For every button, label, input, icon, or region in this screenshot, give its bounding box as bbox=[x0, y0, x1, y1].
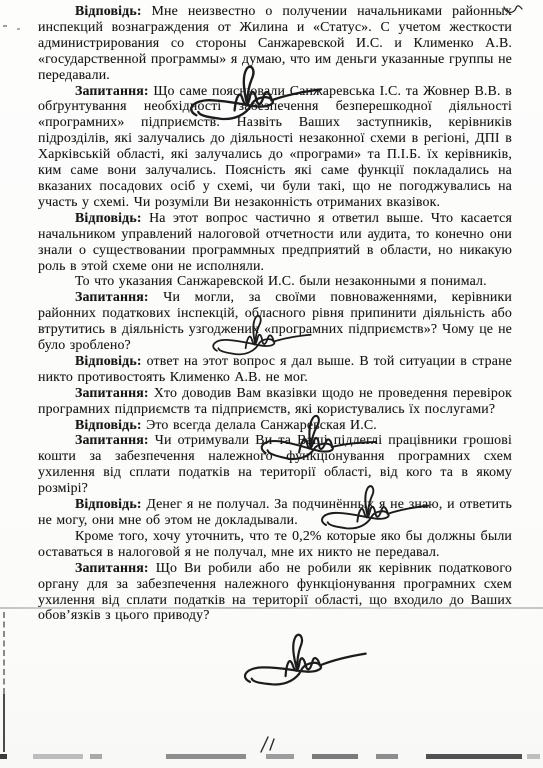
answer-label: Відповідь: bbox=[75, 497, 142, 512]
scan-edge-segment bbox=[376, 754, 398, 759]
paragraph: Запитання: Що Ви робили або не робили як… bbox=[38, 561, 512, 625]
scan-edge-segment bbox=[33, 754, 83, 759]
document-text: Відповідь: Мне неизвестно о получении на… bbox=[38, 4, 512, 624]
question-label: Запитання: bbox=[75, 290, 149, 305]
answer-label: Відповідь: bbox=[75, 211, 142, 226]
question-label: Запитання: bbox=[75, 561, 149, 576]
paragraph: Відповідь: Мне неизвестно о получении на… bbox=[38, 4, 512, 84]
solid-margin-line-artifact bbox=[3, 694, 5, 752]
question-label: Запитання: bbox=[75, 84, 149, 99]
paragraph: Запитання: Що саме пояснювали Санжаревсь… bbox=[38, 84, 512, 211]
paragraph: Запитання: Чи могли, за своїми повноваже… bbox=[38, 290, 512, 354]
handwritten-initial-mark bbox=[258, 735, 278, 754]
answer-label: Відповідь: bbox=[75, 418, 142, 433]
scan-edge-segment bbox=[266, 754, 294, 759]
paragraph: Відповідь: ответ на этот вопрос я дал вы… bbox=[38, 354, 512, 386]
speckle-artifact bbox=[17, 28, 20, 30]
paragraph: Відповідь: На этот вопрос частично я отв… bbox=[38, 211, 512, 275]
paragraph-text: Это всегда делала Санжаревская И.С. bbox=[146, 418, 377, 433]
scan-fold-line-artifact bbox=[0, 607, 543, 609]
scan-edge-segment bbox=[166, 754, 246, 759]
signature-mark-5 bbox=[237, 625, 372, 694]
paragraph: Запитання: Хто доводив Вам вказівки щодо… bbox=[38, 386, 512, 418]
scan-edge-segment bbox=[0, 754, 7, 759]
paragraph-text: То что указания Санжаревской И.С. были н… bbox=[75, 274, 487, 289]
paragraph: Відповідь: Денег я не получал. За подчин… bbox=[38, 497, 512, 529]
paragraph: Запитання: Чи отримували Ви та Ваші підл… bbox=[38, 433, 512, 497]
scanned-document-page: Відповідь: Мне неизвестно о получении на… bbox=[0, 0, 543, 768]
answer-label: Відповідь: bbox=[75, 354, 142, 369]
scan-edge-segment bbox=[527, 754, 540, 759]
scan-edge-segment bbox=[426, 754, 522, 759]
paragraph-text: Кроме того, хочу уточнить, что те 0,2% к… bbox=[38, 529, 512, 560]
paragraph-text: Що саме пояснювали Санжаревська І.С. та … bbox=[38, 84, 512, 210]
answer-label: Відповідь: bbox=[75, 4, 142, 19]
speckle-artifact bbox=[3, 25, 7, 27]
scan-edge-segment bbox=[90, 754, 102, 759]
paragraph: То что указания Санжаревской И.С. были н… bbox=[38, 274, 512, 290]
question-label: Запитання: bbox=[75, 433, 149, 448]
scan-edge-segment bbox=[312, 754, 358, 759]
question-label: Запитання: bbox=[75, 386, 149, 401]
paragraph: Відповідь: Это всегда делала Санжаревска… bbox=[38, 418, 512, 434]
paragraph: Кроме того, хочу уточнить, что те 0,2% к… bbox=[38, 529, 512, 561]
dashed-margin-line-artifact bbox=[3, 612, 5, 694]
